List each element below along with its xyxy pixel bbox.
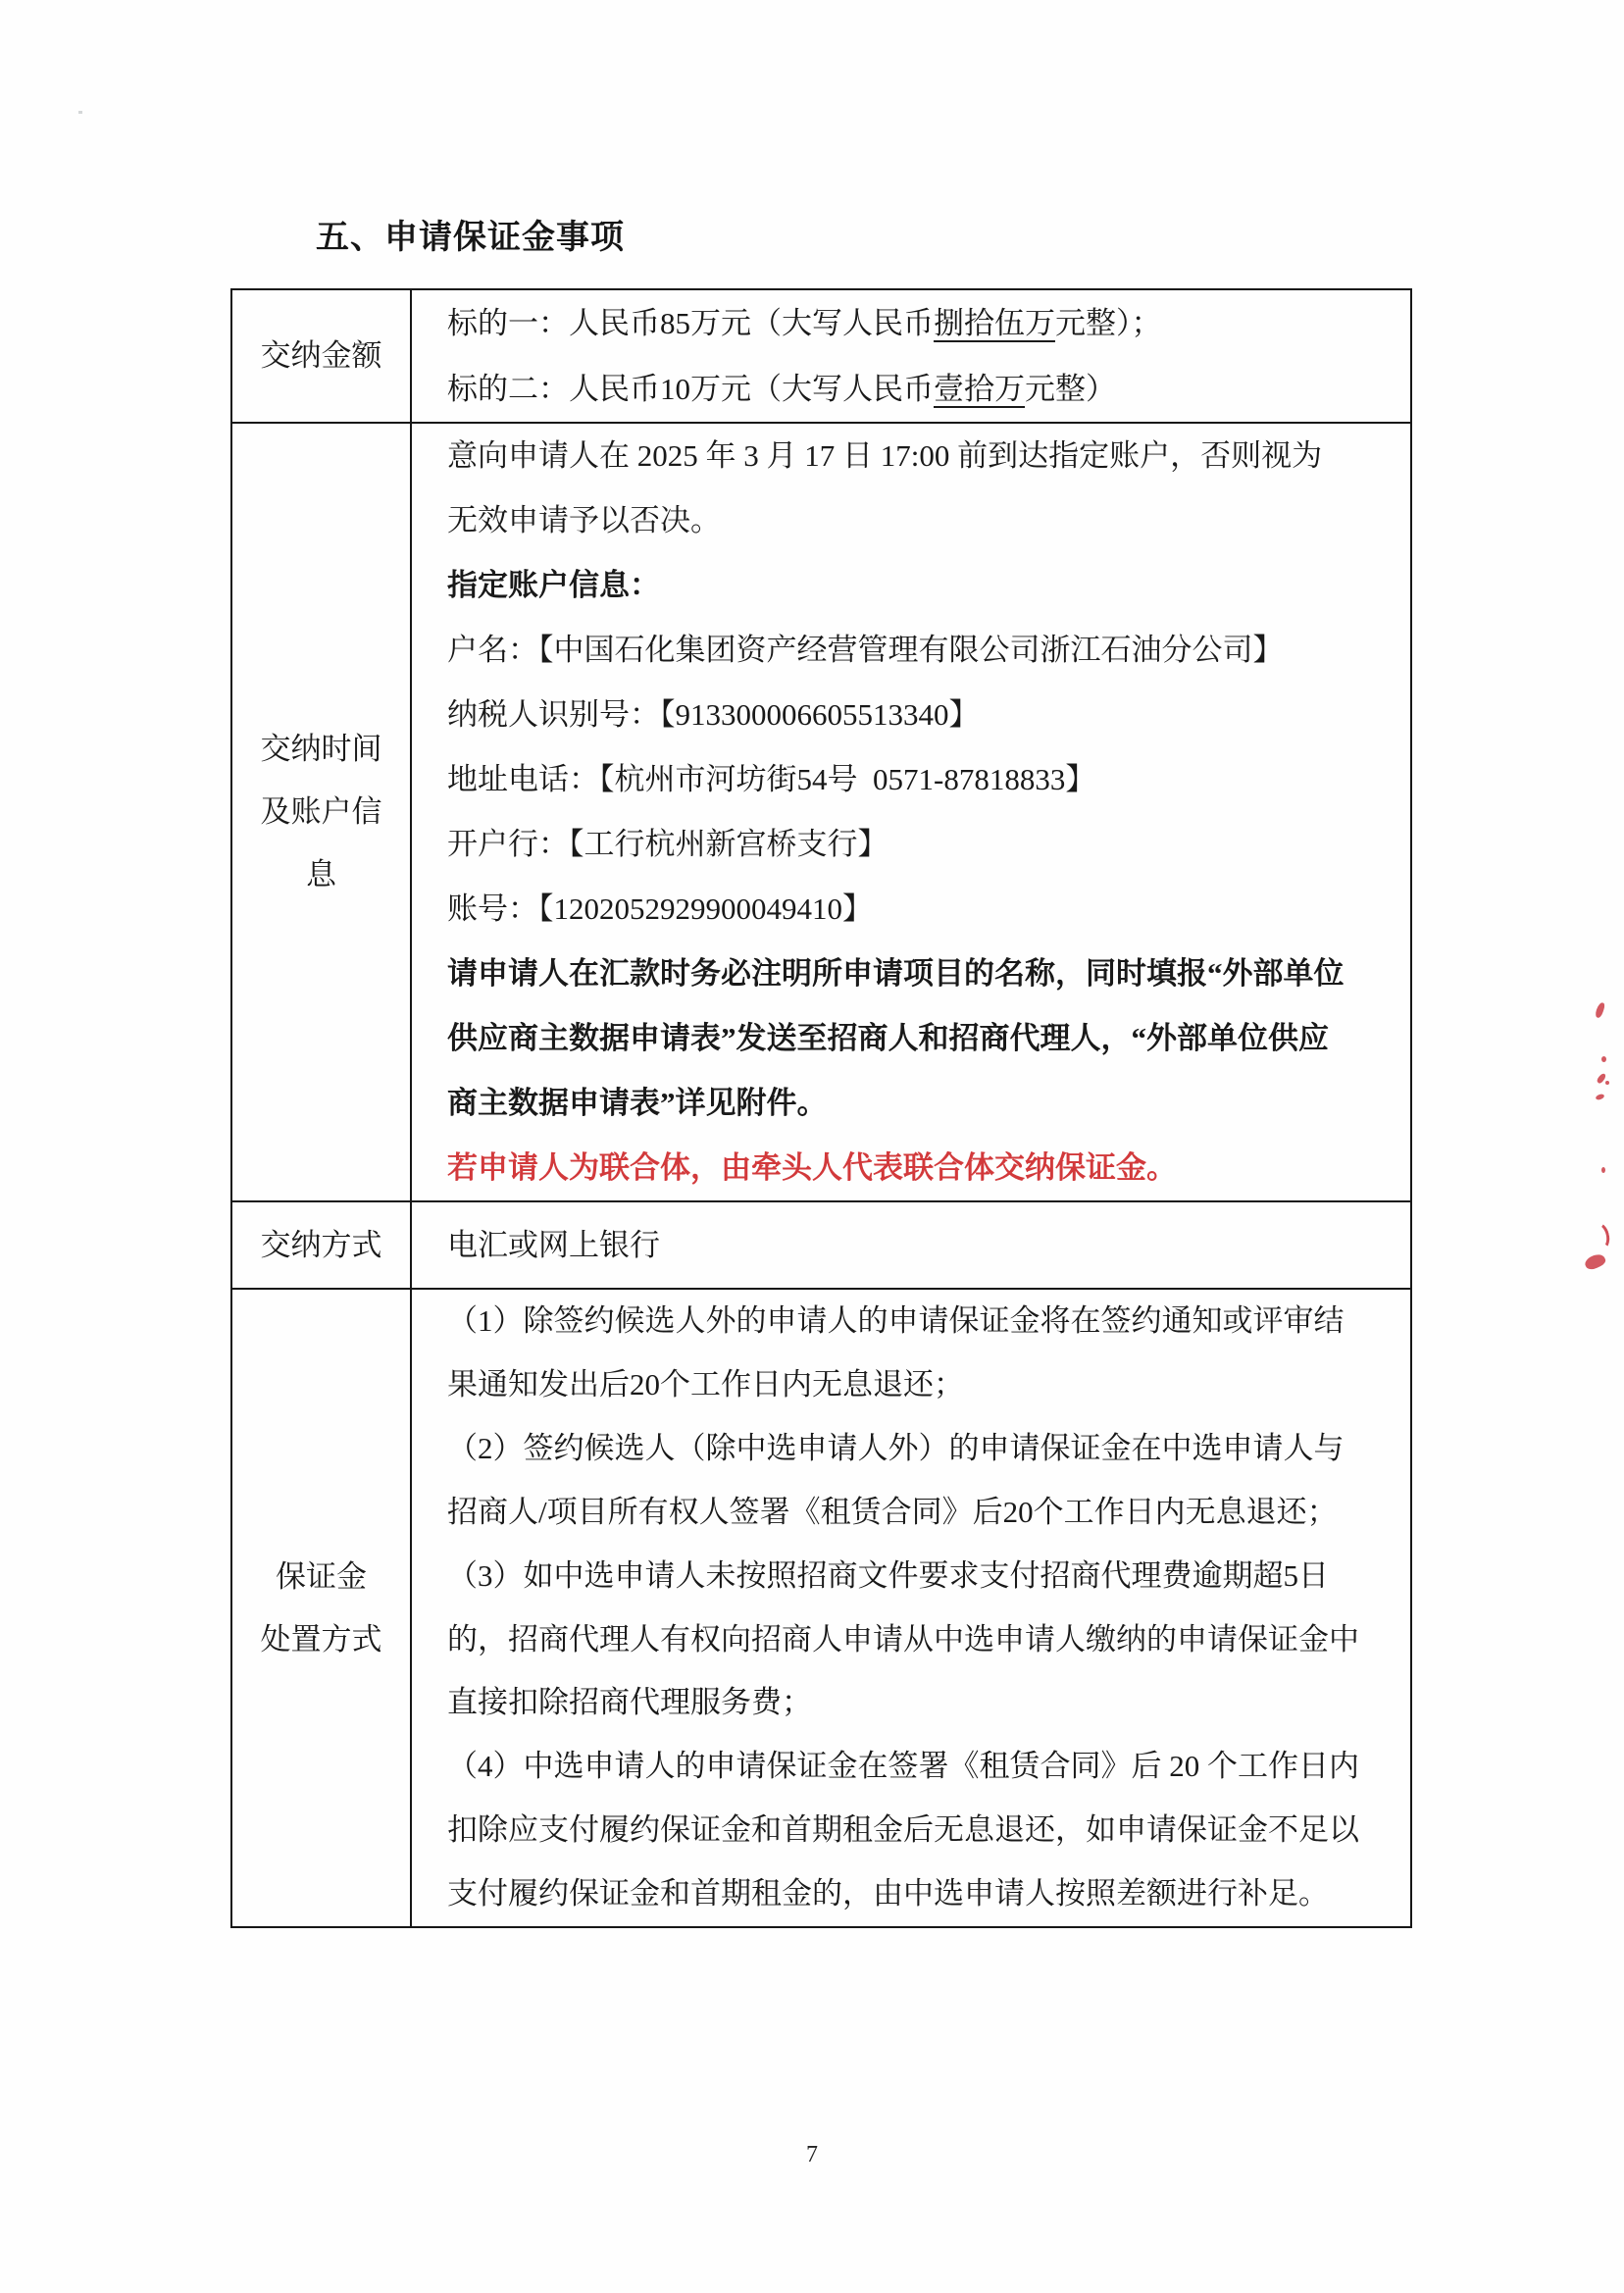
row-content-payment-method: 电汇或网上银行 [412,1202,1410,1288]
red-ink-mark [1595,1001,1606,1018]
red-ink-mark [1605,1081,1609,1085]
payment-method-value: 电汇或网上银行 [447,1202,1383,1288]
row-label-line: 交纳时间 [261,718,382,781]
disposal-clause-3-line-3: 直接扣除招商代理服务费； [447,1671,1383,1735]
remittance-note-line-1: 请申请人在汇款时务必注明所申请项目的名称，同时填报“外部单位 [447,942,1383,1006]
disposal-clause-4-line-2: 扣除应支付履约保证金和首期租金后无息退还，如申请保证金不足以 [447,1799,1383,1862]
remittance-note-line-3: 商主数据申请表”详见附件。 [447,1071,1383,1136]
disposal-clause-3-line-2: 的，招商代理人有权向招商人申请从中选申请人缴纳的申请保证金中 [447,1608,1383,1672]
red-ink-mark [1585,1220,1612,1253]
row-label-payment-amount: 交纳金额 [232,290,412,422]
disposal-clause-3-line-1: （3）如中选申请人未按照招商文件要求支付招商代理费逾期超5日 [447,1545,1383,1608]
account-info-heading: 指定账户信息： [447,553,1383,618]
amount-lot2-capital-underlined: 壹拾万 [934,372,1025,408]
row-label-line: 息 [306,843,336,906]
address-phone: 地址电话：【杭州市河坊街54号 0571-87818833】 [447,747,1383,812]
row-label-line: 交纳方式 [261,1214,382,1277]
row-label-payment-time-account: 交纳时间 及账户信 息 [232,424,412,1200]
amount-line-lot1: 标的一：人民币85万元（大写人民币捌拾伍万元整）； [447,290,1383,356]
amount-line-lot2: 标的二：人民币10万元（大写人民币壹拾万元整） [447,356,1383,422]
scanned-document-page: 五、申请保证金事项 交纳金额 标的一：人民币85万元（大写人民币捌拾伍万元整）；… [0,0,1624,2293]
disposal-clause-4-line-1: （4）中选申请人的申请保证金在签署《租赁合同》后 20 个工作日内 [447,1735,1383,1799]
row-label-line: 处置方式 [261,1608,382,1671]
row-label-line: 保证金 [276,1546,367,1608]
account-holder-name: 户名：【中国石化集团资产经营管理有限公司浙江石油分公司】 [447,618,1383,683]
remittance-note-line-2: 供应商主数据申请表”发送至招商人和招商代理人，“外部单位供应 [447,1006,1383,1071]
row-content-deposit-disposal: （1）除签约候选人外的申请人的申请保证金将在签约通知或评审结 果通知发出后20个… [412,1290,1410,1926]
account-number: 账号：【1202052929900049410】 [447,877,1383,942]
disposal-clause-1-line-2: 果通知发出后20个工作日内无息退还； [447,1353,1383,1417]
table-row-payment-method: 交纳方式 电汇或网上银行 [232,1202,1410,1290]
deadline-line-1: 意向申请人在 2025 年 3 月 17 日 17:00 前到达指定账户，否则视… [447,424,1383,488]
row-label-line: 及账户信 [261,781,382,843]
disposal-clause-1-line-1: （1）除签约候选人外的申请人的申请保证金将在签约通知或评审结 [447,1290,1383,1353]
row-content-payment-amount: 标的一：人民币85万元（大写人民币捌拾伍万元整）； 标的二：人民币10万元（大写… [412,290,1410,422]
section-title: 五、申请保证金事项 [316,210,625,258]
red-ink-mark [1601,1056,1606,1062]
row-label-deposit-disposal: 保证金 处置方式 [232,1290,412,1926]
red-ink-mark [1601,1167,1605,1173]
amount-lot2-pre: 标的二：人民币10万元（大写人民币 [447,372,934,406]
deposit-info-table: 交纳金额 标的一：人民币85万元（大写人民币捌拾伍万元整）； 标的二：人民币10… [230,288,1412,1928]
amount-lot2-post: 元整） [1025,372,1116,406]
amount-lot1-post: 元整）； [1055,306,1162,340]
consortium-notice-red: 若申请人为联合体，由牵头人代表联合体交纳保证金。 [447,1136,1383,1200]
table-row-payment-amount: 交纳金额 标的一：人民币85万元（大写人民币捌拾伍万元整）； 标的二：人民币10… [232,290,1410,424]
table-row-deposit-disposal: 保证金 处置方式 （1）除签约候选人外的申请人的申请保证金将在签约通知或评审结 … [232,1290,1410,1926]
row-content-payment-time-account: 意向申请人在 2025 年 3 月 17 日 17:00 前到达指定账户，否则视… [412,424,1410,1200]
amount-lot1-pre: 标的一：人民币85万元（大写人民币 [447,306,934,340]
row-label-payment-method: 交纳方式 [232,1202,412,1288]
page-number: 7 [0,2142,1624,2168]
amount-lot1-capital-underlined: 捌拾伍万 [934,306,1055,342]
taxpayer-id: 纳税人识别号：【913300006605513340】 [447,683,1383,747]
disposal-clause-4-line-3: 支付履约保证金和首期租金的，由中选申请人按照差额进行补足。 [447,1862,1383,1926]
deadline-line-2: 无效申请予以否决。 [447,488,1383,553]
disposal-clause-2-line-2: 招商人/项目所有权人签署《租赁合同》后20个工作日内无息退还； [447,1481,1383,1545]
red-ink-mark [1583,1251,1607,1272]
table-row-payment-time-account: 交纳时间 及账户信 息 意向申请人在 2025 年 3 月 17 日 17:00… [232,424,1410,1202]
red-ink-mark [1595,1094,1604,1101]
bank-branch: 开户行：【工行杭州新宫桥支行】 [447,812,1383,877]
row-label-line: 交纳金额 [261,325,382,387]
scan-noise-speck [78,111,82,114]
disposal-clause-2-line-1: （2）签约候选人（除中选申请人外）的申请保证金在中选申请人与 [447,1417,1383,1481]
